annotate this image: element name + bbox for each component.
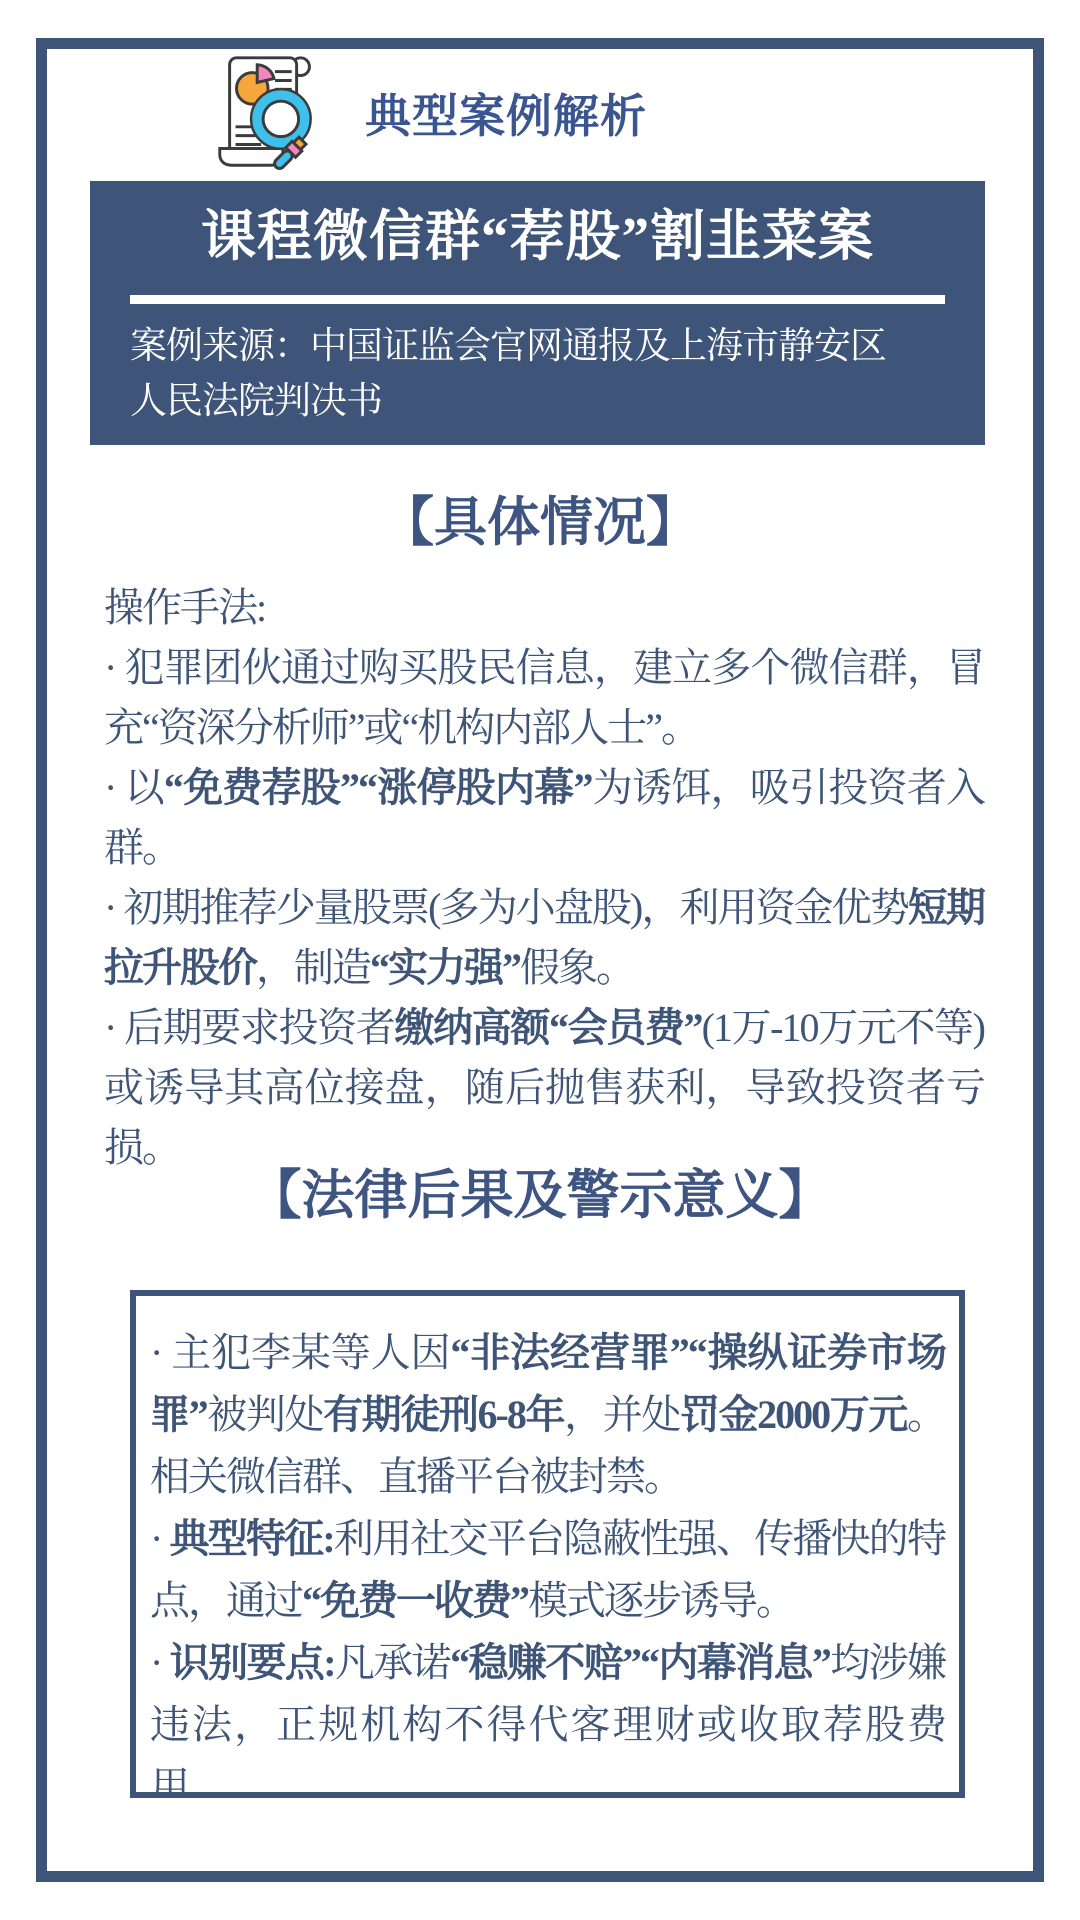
page-title: 典型案例解析 xyxy=(365,80,647,146)
body-paragraph: · 犯罪团伙通过购买股民信息，建立多个微信群，冒充“资深分析师”或“机构内部人士… xyxy=(104,638,984,758)
section-heading-situation: 【具体情况】 xyxy=(0,480,1080,556)
case-title: 课程微信群“荐股”割韭菜案 xyxy=(90,201,985,273)
source-line-2: 人民法院判决书 xyxy=(130,373,945,428)
body-paragraph: · 识别要点:凡承诺“稳赚不赔”“内幕消息”均涉嫌违法，正规机构不得代客理财或收… xyxy=(150,1632,945,1798)
source-line-1: 案例来源：中国证监会官网通报及上海市静安区 xyxy=(130,318,945,373)
body-paragraph: · 主犯李某等人因“非法经营罪”“操纵证券市场罪”被判处有期徒刑6-8年，并处罚… xyxy=(150,1322,945,1508)
consequence-box: · 主犯李某等人因“非法经营罪”“操纵证券市场罪”被判处有期徒刑6-8年，并处罚… xyxy=(130,1290,965,1798)
body-paragraph: 操作手法: xyxy=(104,578,984,638)
case-banner: 课程微信群“荐股”割韭菜案 案例来源：中国证监会官网通报及上海市静安区 人民法院… xyxy=(90,181,985,445)
banner-divider xyxy=(130,295,945,304)
case-source: 案例来源：中国证监会官网通报及上海市静安区 人民法院判决书 xyxy=(130,318,945,428)
body-paragraph: · 典型特征:利用社交平台隐蔽性强、传播快的特点，通过“免费一收费”模式逐步诱导… xyxy=(150,1508,945,1632)
body-paragraph: · 后期要求投资者缴纳高额“会员费”(1万-10万元不等)或诱导其高位接盘，随后… xyxy=(104,998,984,1178)
section-heading-consequence: 【法律后果及警示意义】 xyxy=(0,1153,1080,1229)
body-paragraph: · 以“免费荐股”“涨停股内幕”为诱饵，吸引投资者入群。 xyxy=(104,758,984,878)
body-paragraph: · 初期推荐少量股票(多为小盘股)，利用资金优势短期拉升股价，制造“实力强”假象… xyxy=(104,878,984,998)
header: 典型案例解析 xyxy=(205,46,647,180)
case-analysis-poster: { "header": { "title": "典型案例解析" }, "bann… xyxy=(0,0,1080,1920)
case-analysis-icon xyxy=(205,46,337,180)
situation-body: 操作手法:· 犯罪团伙通过购买股民信息，建立多个微信群，冒充“资深分析师”或“机… xyxy=(104,578,984,1178)
